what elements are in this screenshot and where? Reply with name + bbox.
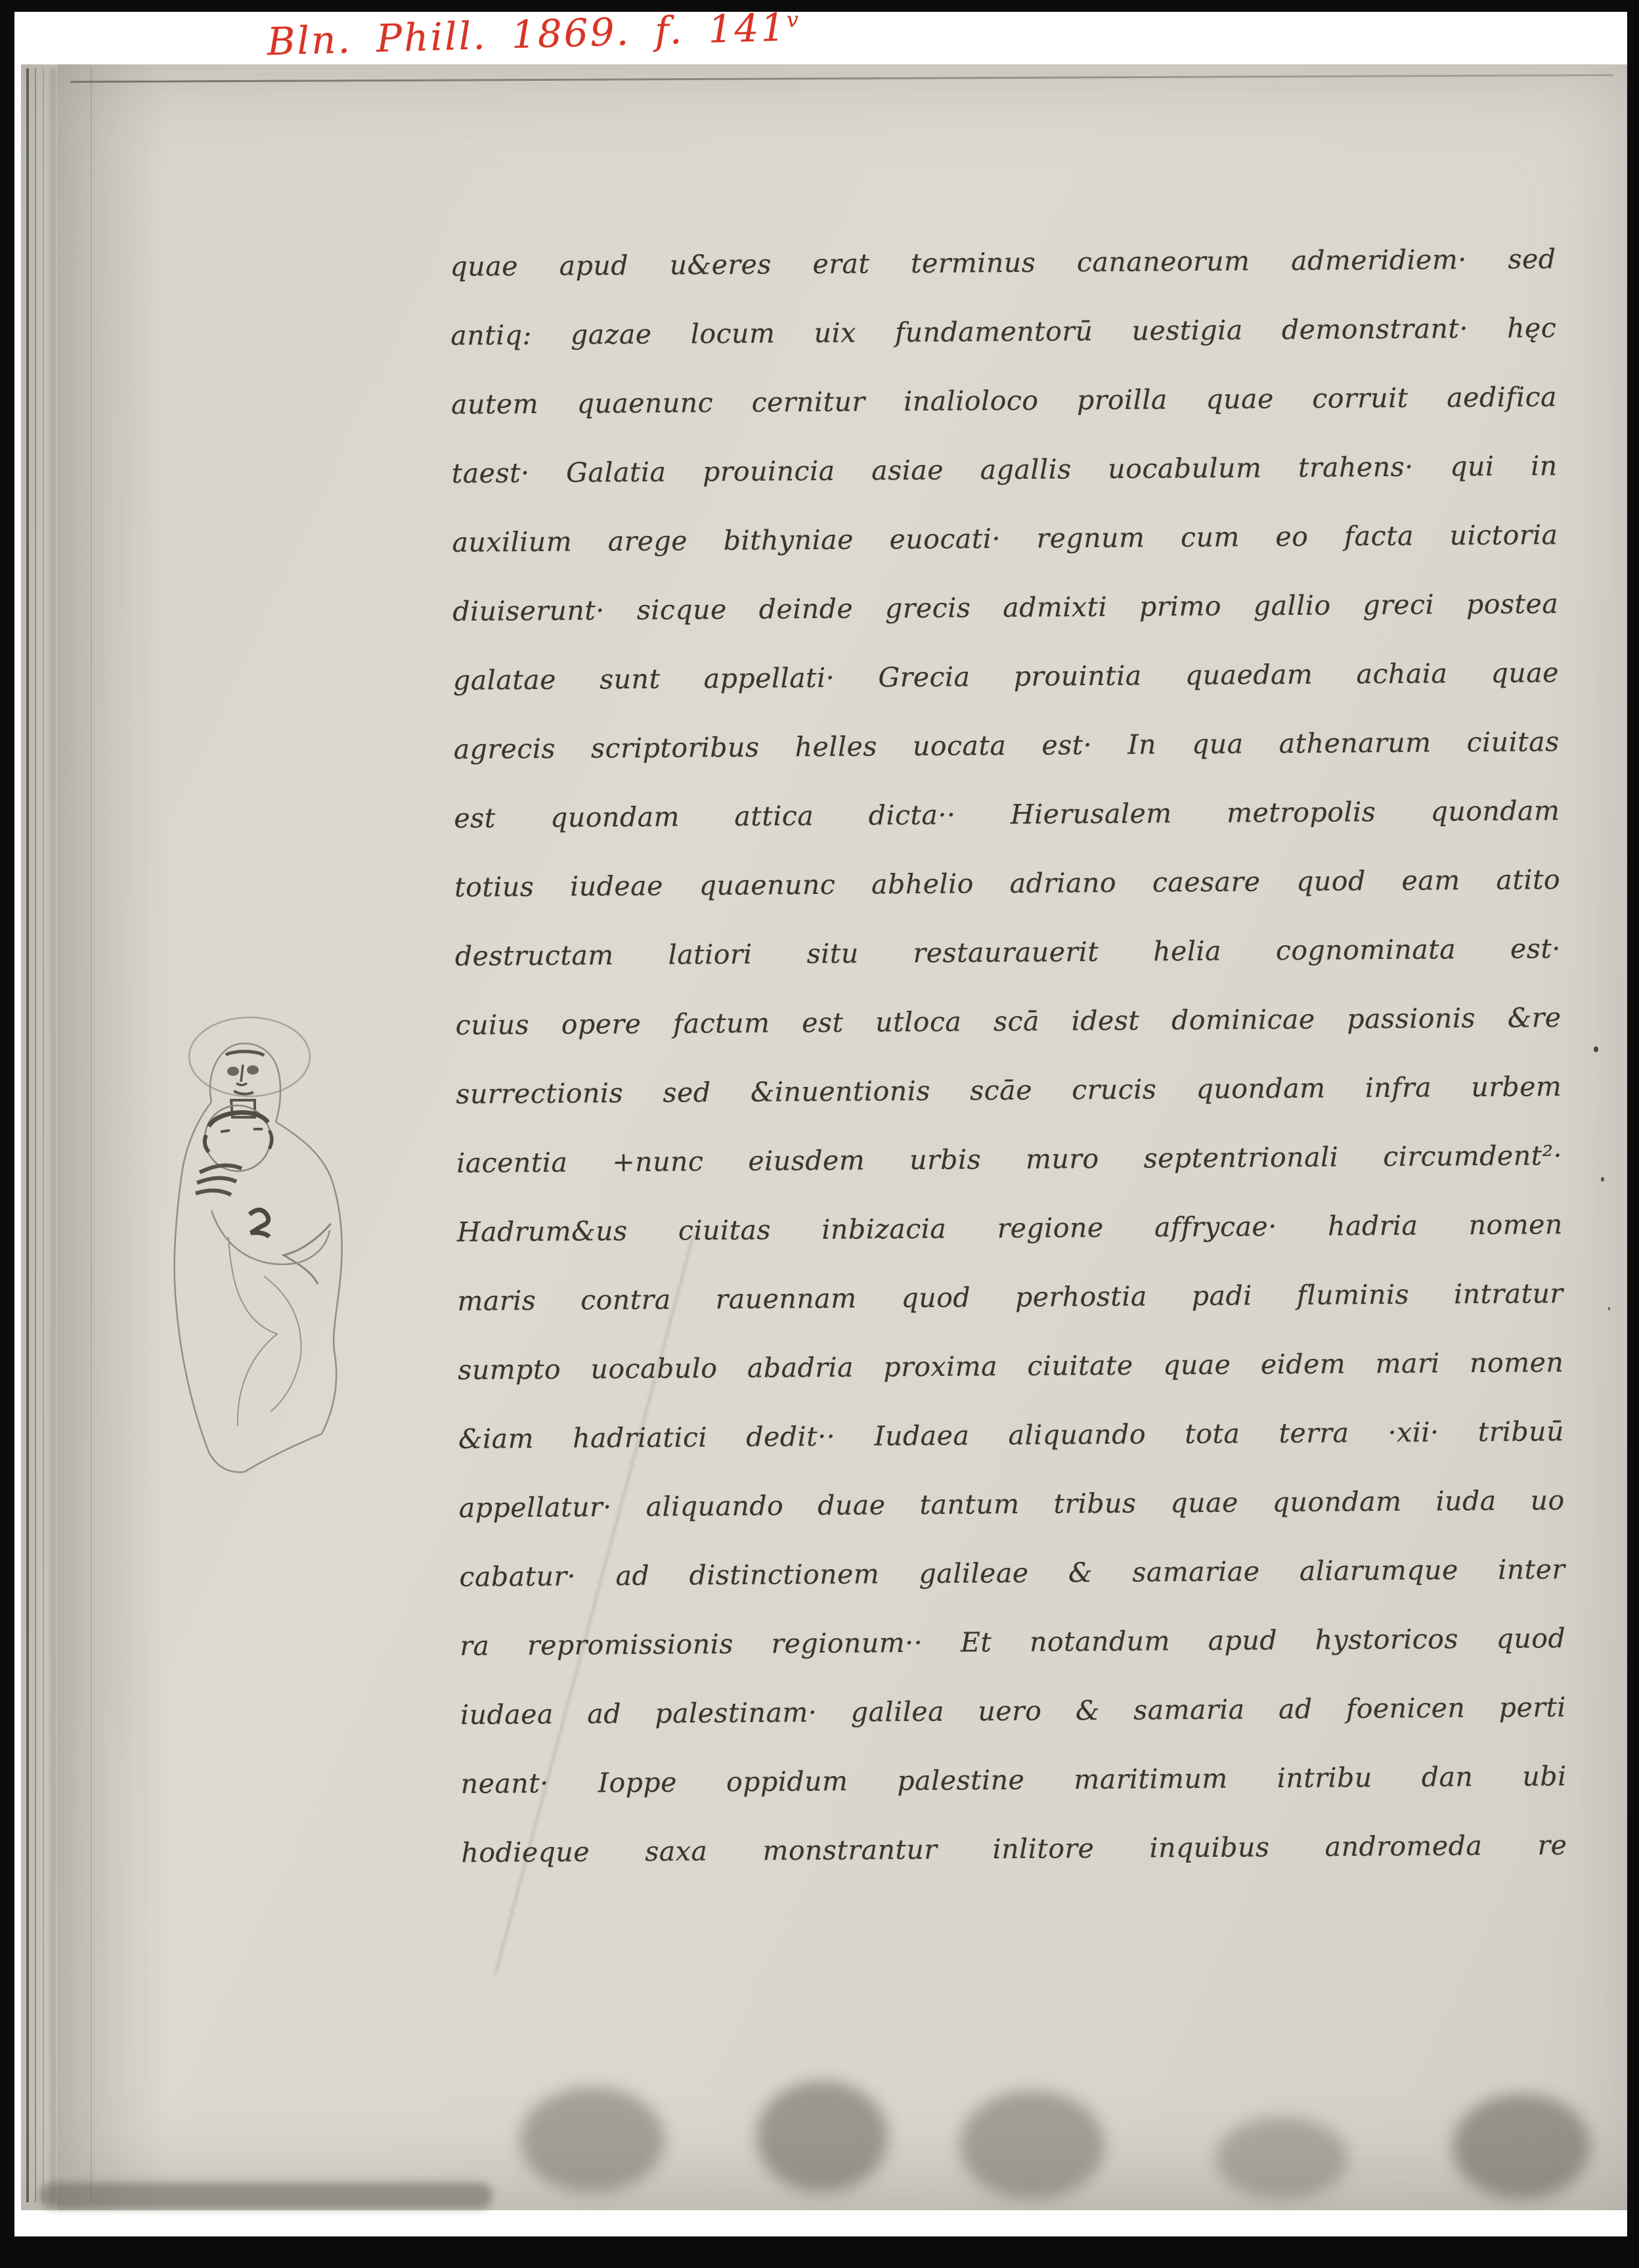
manuscript-line: auxilium arege bithyniae euocati· regnum… bbox=[452, 500, 1558, 577]
manuscript-line: &iam hadriatici dedit·· Iudaea aliquando… bbox=[458, 1397, 1565, 1474]
manuscript-line: autem quaenunc cernitur inalioloco proil… bbox=[451, 363, 1558, 439]
photo-paper: Bln. Phill. 1869. f. 141v bbox=[14, 12, 1627, 2236]
manuscript-line: cabatur· ad distinctionem galileae & sam… bbox=[459, 1535, 1565, 1612]
manuscript-line: appellatur· aliquando duae tantum tribus… bbox=[458, 1466, 1565, 1543]
damp-stain bbox=[1453, 2094, 1590, 2199]
manuscript-line: sumpto uocabulo abadria proxima ciuitate… bbox=[458, 1328, 1564, 1405]
manuscript-line: iacentia +nunc eiusdem urbis muro septen… bbox=[456, 1121, 1563, 1198]
page-top-edge bbox=[70, 74, 1613, 83]
damp-stain bbox=[1216, 2117, 1347, 2199]
damp-stain bbox=[960, 2091, 1104, 2199]
book-edge-line bbox=[50, 68, 56, 2202]
book-edge-line bbox=[26, 68, 29, 2202]
manuscript-line: galatae sunt appellati· Grecia prouintia… bbox=[453, 638, 1560, 715]
manuscript-photograph: { "annotation": { "text": "Bln. Phill. 1… bbox=[0, 0, 1639, 2268]
manuscript-line: destructam latiori situ restaurauerit he… bbox=[455, 914, 1562, 991]
manuscript-line: neant· Ioppe oppidum palestine maritimum… bbox=[460, 1742, 1567, 1819]
manuscript-line: Hadrum&us ciuitas inbizacia regione affr… bbox=[456, 1190, 1563, 1267]
manuscript-line: ra repromissionis regionum·· Et notandum… bbox=[460, 1604, 1566, 1681]
ink-specks bbox=[1594, 1046, 1598, 1052]
manuscript-line: quae apud u&eres erat terminus cananeoru… bbox=[450, 225, 1556, 301]
manuscript-line: surrectionis sed &inuentionis scāe cruci… bbox=[456, 1052, 1562, 1129]
virgin-and-child-sketch bbox=[165, 1013, 382, 1473]
shelfmark-superscript: v bbox=[786, 7, 800, 32]
manuscript-line: est quondam attica dicta·· Hierusalem me… bbox=[454, 776, 1560, 853]
manuscript-line: maris contra rauennam quod perhostia pad… bbox=[457, 1259, 1563, 1336]
manuscript-line: hodieque saxa monstrantur inlitore inqui… bbox=[461, 1811, 1567, 1888]
damp-stain bbox=[520, 2087, 665, 2192]
bottom-edge-smear bbox=[39, 2183, 492, 2209]
manuscript-line: antiq: gazae locum uix fundamentorū uest… bbox=[450, 294, 1557, 370]
book-edge-line bbox=[35, 68, 36, 2202]
manuscript-line: agrecis scriptoribus helles uocata est· … bbox=[453, 707, 1560, 784]
book-edge-line bbox=[43, 68, 44, 2202]
gutter-shadow bbox=[58, 64, 169, 2210]
manuscript-line: taest· Galatia prouincia asiae agallis u… bbox=[451, 432, 1558, 508]
damp-stain bbox=[756, 2081, 888, 2192]
manuscript-line: cuius opere factum est utloca scā idest … bbox=[455, 983, 1562, 1060]
manuscript-text-block: quae apud u&eres erat terminus cananeoru… bbox=[450, 225, 1567, 1888]
manuscript-line: totius iudeae quaenunc abhelio adriano c… bbox=[454, 845, 1561, 922]
shelfmark-text: Bln. Phill. 1869. f. 141 bbox=[267, 5, 787, 64]
manuscript-line: diuiserunt· sicque deinde grecis admixti… bbox=[452, 569, 1559, 646]
manuscript-line: iudaea ad palestinam· galilea uero & sam… bbox=[460, 1673, 1567, 1750]
